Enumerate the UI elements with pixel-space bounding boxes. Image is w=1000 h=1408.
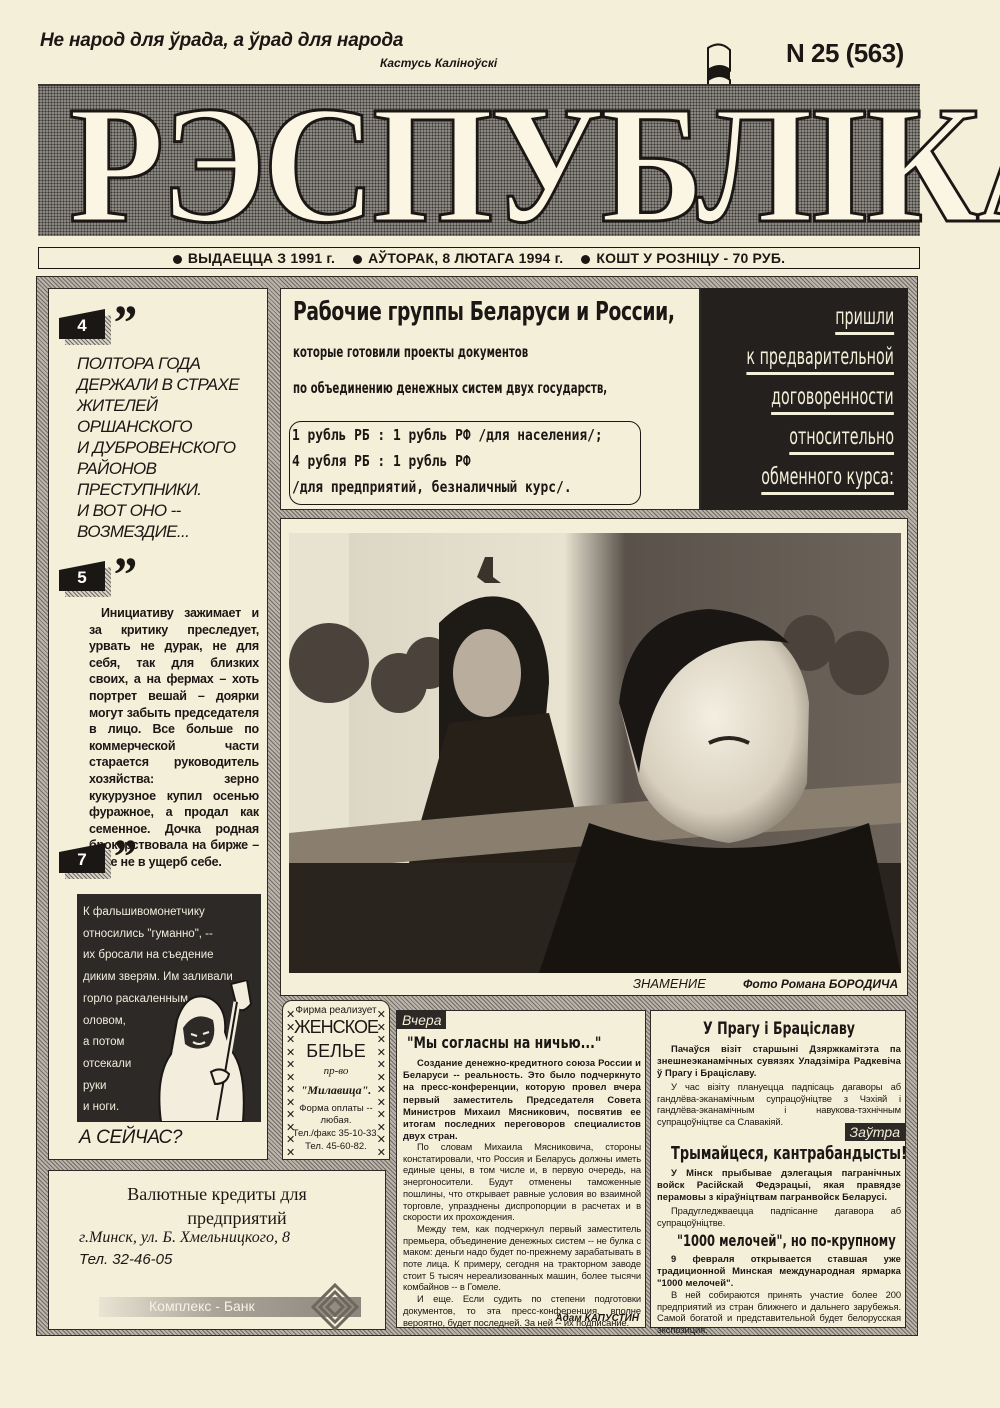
ad-telfax: Тел./факс 35-10-33. (283, 1128, 389, 1139)
rate-enterprise-note: /для предприятий, безналичный курс/. (292, 478, 572, 496)
vchera-article: Вчера "Мы согласны на ничью..." Создание… (396, 1010, 646, 1328)
news-body-smugglers: Прадугледжваецца падпісанне дагавора аб … (657, 1205, 901, 1228)
headline-sub-2: по объединению денежных систем двух госу… (293, 379, 607, 397)
motto: Не народ для ўрада, а ўрад для народа (40, 30, 403, 52)
ad-product: ЖЕНСКОЕ (283, 1017, 389, 1038)
bank-ad-title-2: предприятий (49, 1207, 385, 1229)
executioner-illustration-icon (147, 980, 261, 1122)
page-tag-7[interactable]: 7 (59, 843, 105, 873)
bullet-icon (173, 255, 182, 264)
news-body-prague: У час візіту плануецца падпісаць дагавор… (657, 1081, 901, 1128)
agreement-line: обменного курса: (761, 462, 894, 495)
news-title-prague[interactable]: У Прагу і Браціславу (703, 1019, 855, 1039)
exchange-rate-box: 1 рубль РБ : 1 рубль РФ /для населения/;… (289, 421, 641, 505)
article-lead: Создание денежно-кредитного союза России… (403, 1057, 641, 1142)
news-lead-prague: Пачаўся візіт старшыні Дзяржкамітэта па … (657, 1043, 901, 1080)
dateline-date: АЎТОРАК, 8 ЛЮТАГА 1994 г. (353, 250, 563, 266)
photo-image-icon (289, 533, 901, 973)
ad-payment: любая. (283, 1115, 389, 1126)
article-body: По словам Михаила Мясниковича, стороны к… (403, 1141, 641, 1328)
section-tag-tomorrow: Заўтра (845, 1123, 905, 1141)
issue-number: N 25 (563) (786, 38, 904, 69)
quote-icon: ” (111, 831, 136, 881)
motto-author: Кастусь Каліноўскі (380, 56, 497, 70)
rate-enterprise: 4 рубля РБ : 1 рубль РФ (292, 452, 471, 470)
page-tag-4[interactable]: 4 (59, 309, 105, 339)
section-tag-yesterday: Вчера (397, 1011, 446, 1029)
headline-box: Рабочие группы Беларуси и России, которы… (280, 288, 700, 510)
page-tag-5[interactable]: 5 (59, 561, 105, 591)
teaser-4-text: ПОЛТОРА ГОДА ДЕРЖАЛИ В СТРАХЕ ЖИТЕЛЕЙ ОР… (77, 353, 239, 542)
teaser-7-footer: А СЕЙЧАС? (79, 1127, 182, 1149)
executioner-box: К фальшивомонетчику относились "гуманно"… (77, 894, 261, 1122)
masthead: РЭСПУБЛІКА (38, 84, 920, 236)
quote-icon: ” (111, 549, 136, 599)
news-title-smugglers[interactable]: Трымайцеся, кантрабандысты! (671, 1143, 907, 1164)
ad-tel: Тел. 45-60-82. (283, 1141, 389, 1152)
rate-population: 1 рубль РБ : 1 рубль РФ /для населения/; (292, 426, 603, 444)
teaser-column: 4 ” ПОЛТОРА ГОДА ДЕРЖАЛИ В СТРАХЕ ЖИТЕЛЕ… (48, 288, 268, 1160)
agreement-box: пришли к предварительной договоренности … (700, 288, 908, 510)
news-body-fair: В ней собираются принять участие более 2… (657, 1289, 901, 1336)
dateline: ВЫДАЕЦЦА З 1991 г. АЎТОРАК, 8 ЛЮТАГА 199… (38, 247, 920, 269)
bullet-icon (353, 255, 362, 264)
newspaper-title: РЭСПУБЛІКА (69, 90, 889, 240)
front-page-photo[interactable] (289, 533, 901, 973)
article-byline: Адам КАПУСТИН (555, 1313, 639, 1324)
bank-ad[interactable]: Валютные кредиты для предприятий г.Минск… (48, 1170, 386, 1330)
bank-ad-title-1: Валютные кредиты для (49, 1183, 385, 1205)
ad-intro: Фирма реализует (283, 1005, 389, 1016)
news-lead-smugglers: У Мінск прыбывае дэлегацыя пагранічных в… (657, 1167, 901, 1204)
article-title[interactable]: "Мы согласны на ничью..." (407, 1033, 601, 1052)
bullet-icon (581, 255, 590, 264)
agreement-line: относительно (789, 422, 894, 455)
bank-address: г.Минск, ул. Б. Хмельницкого, 8 (79, 1229, 290, 1247)
ad-product: БЕЛЬЕ (283, 1041, 389, 1062)
bank-logo-icon (311, 1283, 359, 1331)
dateline-price: КОШТ У РОЗНІЦУ - 70 РУБ. (581, 250, 785, 266)
photo-credit: Фото Романа БОРОДИЧА (743, 977, 898, 991)
agreement-line: к предварительной (746, 342, 894, 375)
news-title-fair[interactable]: "1000 мелочей", но по-крупному (677, 1231, 896, 1250)
ad-maker: "Милавица". (283, 1083, 389, 1098)
bank-name: Комплекс - Банк (149, 1298, 255, 1314)
ad-payment: Форма оплаты -- (283, 1103, 389, 1114)
quote-icon: ” (111, 297, 136, 347)
news-lead-fair: 9 февраля открывается ставшая уже традиц… (657, 1253, 901, 1290)
bank-tel: Тел. 32-46-05 (79, 1251, 172, 1268)
ad-maker-prefix: пр-во (283, 1065, 389, 1077)
news-column: У Прагу і Браціславу Пачаўся візіт старш… (650, 1010, 906, 1328)
headline-sub-1: которые готовили проекты документов (293, 343, 528, 361)
dateline-founded: ВЫДАЕЦЦА З 1991 г. (173, 250, 335, 266)
headline-main: Рабочие группы Беларуси и России, (293, 297, 675, 327)
photo-caption: ЗНАМЕНИЕ (633, 976, 706, 991)
agreement-line: пришли (835, 302, 894, 335)
lingerie-ad[interactable]: ✕✕✕✕✕✕✕✕✕✕✕✕ ✕✕✕✕✕✕✕✕✕✕✕✕ Фирма реализуе… (282, 1000, 390, 1160)
agreement-line: договоренности (771, 382, 894, 415)
photo-box: ЗНАМЕНИЕ Фото Романа БОРОДИЧА (280, 518, 908, 996)
